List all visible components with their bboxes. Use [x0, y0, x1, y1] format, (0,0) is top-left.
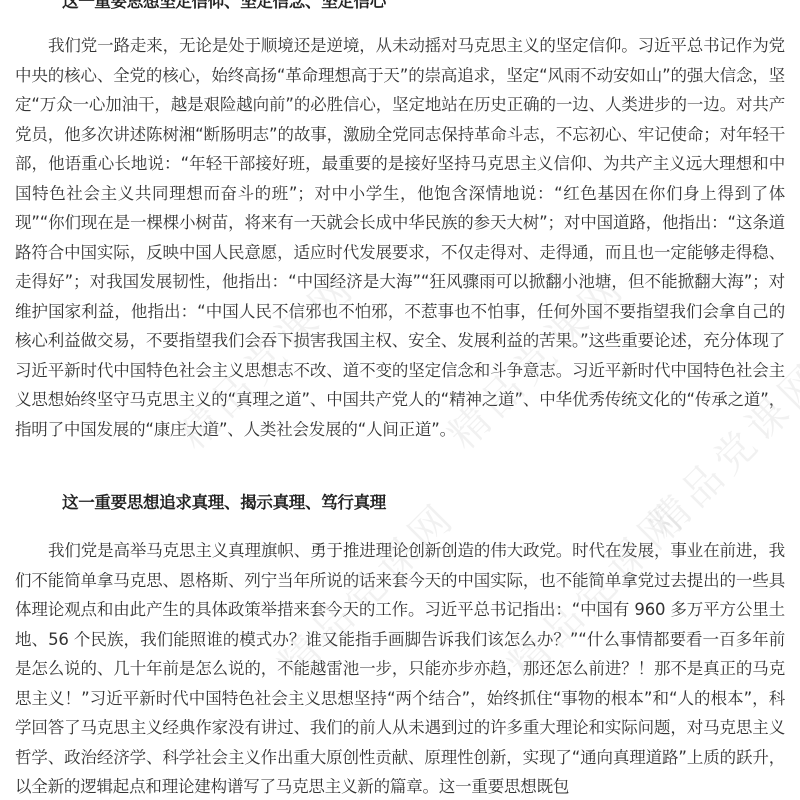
paragraph-faith: 我们党一路走来，无论是处于顺境还是逆境，从未动摇对马克思主义的坚定信仰。习近平总… — [15, 31, 785, 444]
section-heading-truth: 这一重要思想追求真理、揭示真理、笃行真理 — [62, 489, 386, 513]
section-heading-cut: 这一重要思想坚定信仰、坚定信念、坚定信心 — [62, 0, 386, 12]
paragraph-truth: 我们党是高举马克思主义真理旗帜、勇于推进理论创新创造的伟大政党。时代在发展，事业… — [15, 536, 785, 800]
document-page: 这一重要思想坚定信仰、坚定信念、坚定信心 我们党一路走来，无论是处于顺境还是逆境… — [0, 0, 800, 800]
